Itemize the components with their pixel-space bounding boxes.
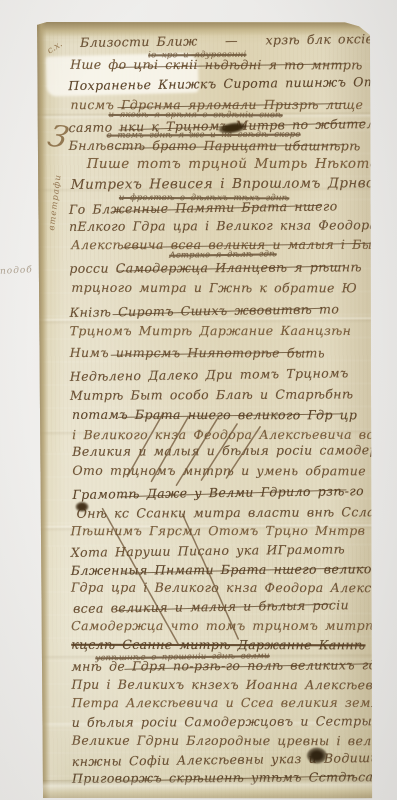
ink-blot [307, 747, 327, 763]
manuscript-line: потамъ Брата ншего великого Гдр цр [72, 407, 357, 422]
manuscript-line: При і Великихъ кнзехъ Иоанна Алексѣевича [71, 677, 397, 693]
manuscript-line: Нше фо цѣі скніі ньдѣдні я то мнтрѣ [70, 57, 363, 73]
manuscript-line: Пѣшнимъ Гярсмл Отомъ Трцно Мнтрв [71, 523, 366, 538]
manuscript-line: всеа великия и малыя и бѣлыя росіи [73, 597, 349, 616]
photo-backdrop: с.х. З втетрафи Близости Ближ — хрзѣ блк… [0, 0, 397, 800]
manuscript-line: Пише тотъ трцной Митрь Нѣкоторѣ [87, 157, 397, 172]
manuscript-line: трцного митра и Гжнѣ к обратие Ю [71, 280, 357, 295]
manuscript-line: Нимъ интрсмъ Нияпоторѣе быть [70, 345, 325, 360]
manuscript-line: Онѣ кс Ссанки митра власти внѣ Ссла далѣ… [77, 504, 397, 521]
manuscript-line: і Великого кнза Феодора Алексѣевича всеа [72, 427, 389, 442]
manuscript-line: Трцномъ Митрѣ Даржание Каанцзѣн [70, 323, 352, 338]
bottom-fold [41, 778, 374, 800]
manuscript-page: с.х. З втетрафи Близости Ближ — хрзѣ блк… [37, 20, 374, 800]
manuscript-line: и бѣлыя росіи Самодержцовъ и Сестры ихъ [72, 713, 397, 730]
manuscript-line: Грамотѣ Даже у Велми Гдрило рзѣ-го [72, 483, 364, 502]
manuscript-line: Бнлѣвстѣ брато Парицати ибашнѣрѣ [69, 138, 361, 154]
margin-annotation-left: подоб [0, 265, 33, 277]
manuscript-line: Кнізѣ Сиротъ Сшихъ жвовитвѣ то [69, 301, 339, 320]
ink-blot [76, 502, 89, 512]
manuscript-line: Хота Наруши Писано ука ИГрамотѣ [71, 541, 345, 560]
manuscript-line: Го Блженные Памяти Брата ншего [69, 198, 338, 217]
manuscript-line: Похраненье Книжкъ Сирота пишнжъ Ото [68, 74, 384, 93]
manuscript-text: Близости Ближ — хрзѣ блк оксівіо хро и я… [37, 20, 374, 800]
manuscript-line: Митрѣ Быт особо Блаѣ и Старѣбнѣ [70, 386, 353, 402]
manuscript-line: Блженныя Пнмати Брата ншего великого [71, 561, 387, 578]
manuscript-line: Гдра цра і Великого кнза Феодора Алексѣе… [71, 580, 397, 596]
manuscript-line: Недѣлено Далеко Дри томъ Трцномъ [70, 365, 349, 384]
manuscript-line: Великие Гдрни Блгородные цревны і велики… [72, 733, 397, 749]
manuscript-line: кнжны Софіи Алексѣевны указ и Водишь [72, 750, 378, 769]
manuscript-line: Великия и малыя и бѣлыя росіи самодержца [72, 442, 397, 459]
manuscript-line: Петра Алексѣевича и Ссеа великия земля [72, 695, 388, 710]
manuscript-line: мнѣ де Гдря по-рзѣ-го полѣ великихъ гдрѣ… [71, 657, 397, 674]
manuscript-line: росси Самодержца Иланцевѣ я рѣшнѣ [69, 259, 362, 276]
manuscript-line: Самодержца что томъ трцномъ митрѣ бы [71, 618, 397, 633]
manuscript-line: Ото трцномъ мнтрѣ и умень обратие в [72, 463, 380, 479]
manuscript-line: пЕлкого Гдра цра і Великог кнза Феодора [69, 217, 377, 234]
